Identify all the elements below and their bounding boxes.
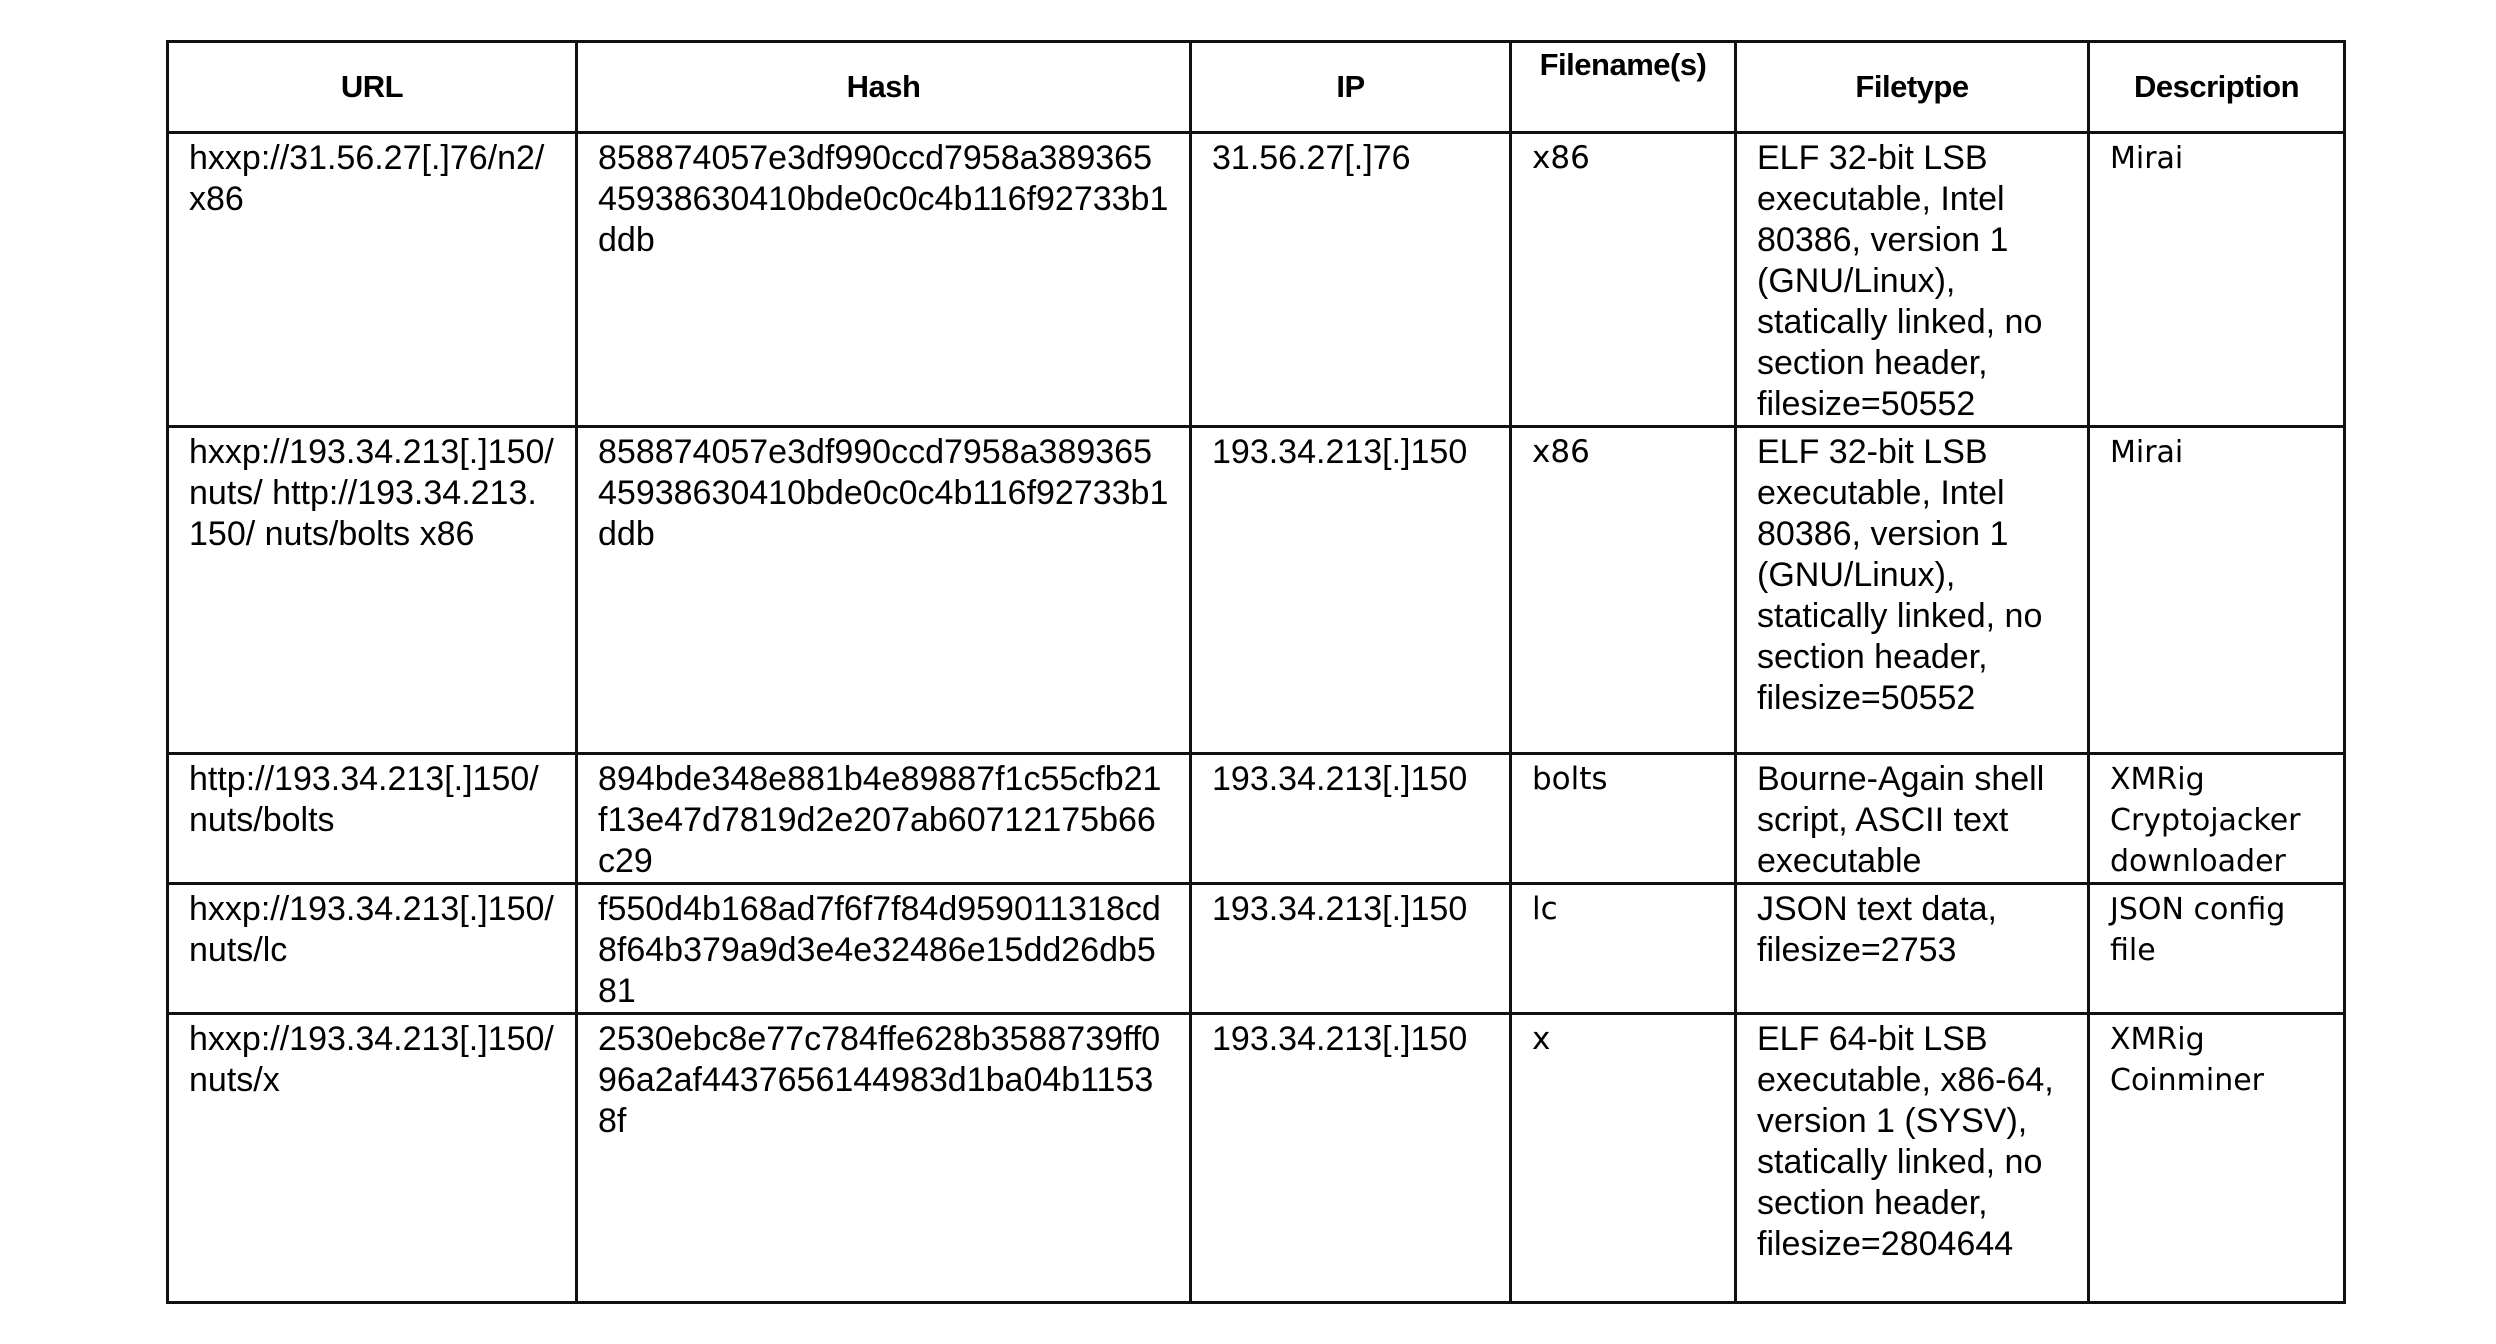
cell-ip: 31.56.27[.]76 <box>1191 133 1511 427</box>
cell-url: hxxp://193.34.213[.]150/nuts/x <box>168 1014 577 1303</box>
cell-description: XMRig Cryptojacker downloader <box>2089 754 2345 884</box>
cell-url: hxxp://31.56.27[.]76/n2/x86 <box>168 133 577 427</box>
header-description: Description <box>2089 42 2345 133</box>
header-ip: IP <box>1191 42 1511 133</box>
cell-ip: 193.34.213[.]150 <box>1191 884 1511 1014</box>
header-row: URL Hash IP Filename(s) Filetype Descrip… <box>168 42 2345 133</box>
cell-ip: 193.34.213[.]150 <box>1191 427 1511 754</box>
cell-filename: x86 <box>1511 133 1736 427</box>
cell-filetype: Bourne-Again shell script, ASCII text ex… <box>1736 754 2089 884</box>
cell-url: http://193.34.213[.]150/nuts/bolts <box>168 754 577 884</box>
cell-filetype: ELF 32-bit LSB executable, Intel 80386, … <box>1736 427 2089 754</box>
header-hash: Hash <box>577 42 1191 133</box>
table-row: hxxp://193.34.213[.]150/nuts/lc f550d4b1… <box>168 884 2345 1014</box>
cell-filename: bolts <box>1511 754 1736 884</box>
header-filetype: Filetype <box>1736 42 2089 133</box>
ioc-table: URL Hash IP Filename(s) Filetype Descrip… <box>166 40 2346 1304</box>
table-row: hxxp://31.56.27[.]76/n2/x86 858874057e3d… <box>168 133 2345 427</box>
cell-filetype: JSON text data, filesize=2753 <box>1736 884 2089 1014</box>
cell-filename: x86 <box>1511 427 1736 754</box>
cell-filetype: ELF 64-bit LSB executable, x86-64, versi… <box>1736 1014 2089 1303</box>
cell-ip: 193.34.213[.]150 <box>1191 754 1511 884</box>
cell-hash: 858874057e3df990ccd7958a3893654593863041… <box>577 133 1191 427</box>
table-row: hxxp://193.34.213[.]150/nuts/x 2530ebc8e… <box>168 1014 2345 1303</box>
cell-description: Mirai <box>2089 427 2345 754</box>
cell-hash: 858874057e3df990ccd7958a3893654593863041… <box>577 427 1191 754</box>
table-row: hxxp://193.34.213[.]150/nuts/ http://193… <box>168 427 2345 754</box>
header-url: URL <box>168 42 577 133</box>
cell-description: JSON config file <box>2089 884 2345 1014</box>
cell-description: Mirai <box>2089 133 2345 427</box>
table-row: http://193.34.213[.]150/nuts/bolts 894bd… <box>168 754 2345 884</box>
header-filenames: Filename(s) <box>1511 42 1736 133</box>
cell-hash: 2530ebc8e77c784ffe628b3588739ff096a2af44… <box>577 1014 1191 1303</box>
cell-filetype: ELF 32-bit LSB executable, Intel 80386, … <box>1736 133 2089 427</box>
cell-description: XMRig Coinminer <box>2089 1014 2345 1303</box>
cell-url: hxxp://193.34.213[.]150/nuts/lc <box>168 884 577 1014</box>
cell-url: hxxp://193.34.213[.]150/nuts/ http://193… <box>168 427 577 754</box>
cell-hash: 894bde348e881b4e89887f1c55cfb21f13e47d78… <box>577 754 1191 884</box>
cell-hash: f550d4b168ad7f6f7f84d959011318cd8f64b379… <box>577 884 1191 1014</box>
cell-ip: 193.34.213[.]150 <box>1191 1014 1511 1303</box>
cell-filename: x <box>1511 1014 1736 1303</box>
cell-filename: lc <box>1511 884 1736 1014</box>
